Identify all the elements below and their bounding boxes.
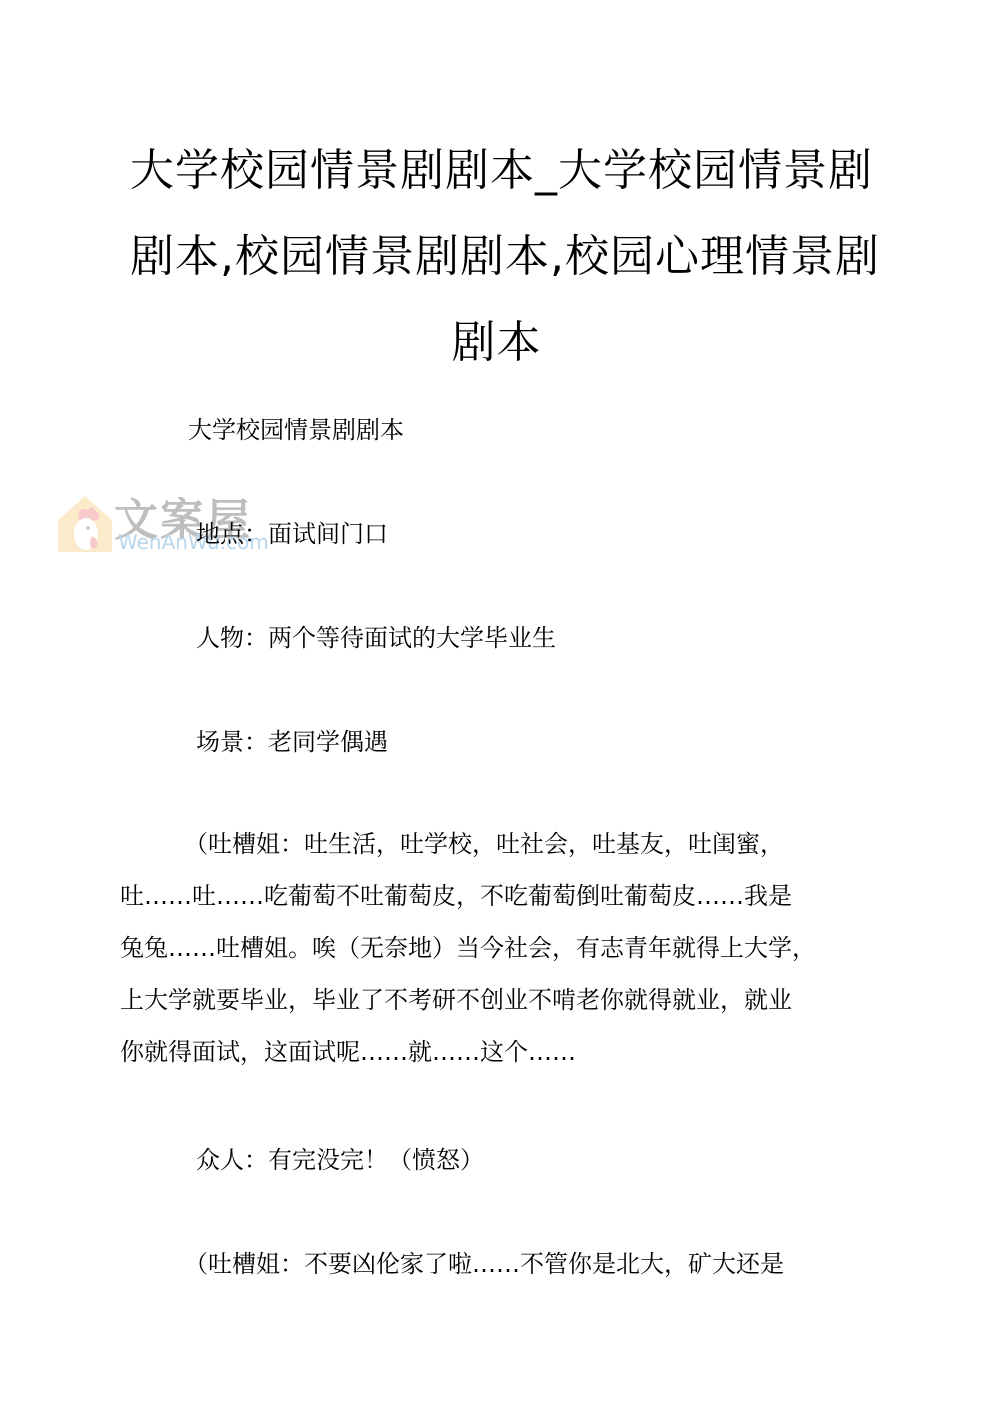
characters-line: 人物：两个等待面试的大学毕业生 xyxy=(196,612,556,664)
monologue-line-4: 上大学就要毕业，毕业了不考研不创业不啃老你就得就业，就业 xyxy=(120,974,880,1026)
document-title: 大学校园情景剧剧本_大学校园情景剧 剧本,校园情景剧剧本,校园心理情景剧 剧本 xyxy=(130,128,863,386)
monologue-paragraph: （吐槽姐：吐生活，吐学校，吐社会，吐基友，吐闺蜜， 吐……吐……吃葡萄不吐葡萄皮… xyxy=(120,818,880,1078)
title-line-2: 剧本,校园情景剧剧本,校园心理情景剧 xyxy=(130,214,863,300)
location-line: 地点：面试间门口 xyxy=(196,508,388,560)
subtitle: 大学校园情景剧剧本 xyxy=(188,404,404,456)
house-rooster-logo-icon xyxy=(56,494,114,554)
scene-line: 场景：老同学偶遇 xyxy=(196,716,388,768)
monologue-line-3: 兔兔……吐槽姐。唉（无奈地）当今社会，有志青年就得上大学， xyxy=(120,922,880,974)
monologue-continuation: （吐槽姐：不要凶伦家了啦……不管你是北大，矿大还是 xyxy=(184,1238,784,1290)
crowd-line: 众人：有完没完！（愤怒） xyxy=(196,1134,484,1186)
monologue-line-1: （吐槽姐：吐生活，吐学校，吐社会，吐基友，吐闺蜜， xyxy=(120,818,880,870)
title-line-3: 剧本 xyxy=(130,300,863,386)
monologue-line-2: 吐……吐……吃葡萄不吐葡萄皮，不吃葡萄倒吐葡萄皮……我是 xyxy=(120,870,880,922)
title-line-1: 大学校园情景剧剧本_大学校园情景剧 xyxy=(130,128,863,214)
monologue-line-5: 你就得面试，这面试呢……就……这个…… xyxy=(120,1026,880,1078)
